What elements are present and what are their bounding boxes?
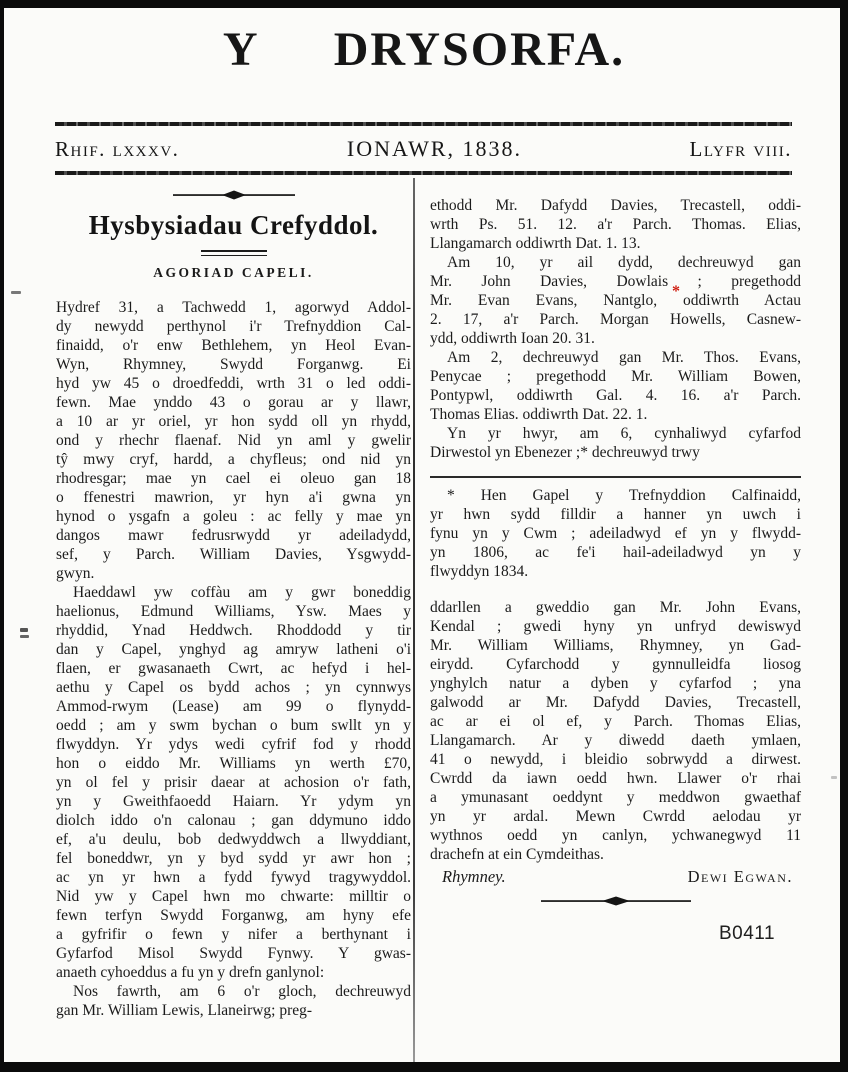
- issue-header-row: Rhif. lxxxv. IONAWR, 1838. Llyfr viii.: [55, 136, 792, 162]
- column-divider: [413, 178, 415, 1062]
- signature-row: Rhymney. Dewi Egwan.: [430, 867, 801, 887]
- header-rule-top: [55, 122, 792, 126]
- diamond-rule-ornament: [430, 896, 801, 906]
- issue-volume: Llyfr viii.: [690, 137, 793, 162]
- footnote-red-mark: *: [672, 284, 680, 300]
- body-paragraph: Am 10, yr ail dydd, dechreuwyd ganMr. Jo…: [430, 253, 801, 348]
- left-column: Hysbysiadau Crefyddol. AGORIAD CAPELI. H…: [56, 185, 411, 1020]
- scan-frame-bottom: [0, 1062, 848, 1072]
- issue-date: IONAWR, 1838.: [347, 136, 522, 162]
- scan-frame-top: [0, 0, 848, 8]
- subsection-heading: AGORIAD CAPELI.: [56, 265, 411, 281]
- body-paragraph: Yn yr hwyr, am 6, cynhaliwyd cyfarfodDir…: [430, 424, 801, 462]
- archive-stamp: B0411: [719, 923, 775, 945]
- footnote-separator: [430, 476, 801, 478]
- body-paragraph: Hydref 31, a Tachwedd 1, agorwyd Addol-d…: [56, 298, 411, 583]
- scan-speck: [20, 635, 29, 638]
- heading-underline: [201, 250, 267, 256]
- body-paragraph: ethodd Mr. Dafydd Davies, Trecastell, od…: [430, 196, 801, 253]
- issue-number: Rhif. lxxxv.: [55, 137, 179, 162]
- right-column: ethodd Mr. Dafydd Davies, Trecastell, od…: [430, 196, 801, 906]
- footnote: * Hen Gapel y Trefnyddion Calfinaidd,yr …: [430, 486, 801, 581]
- body-paragraph: Haeddawl yw coffàu am y gwr boneddighael…: [56, 583, 411, 982]
- header-rule-bottom: [55, 171, 792, 175]
- diamond-rule-ornament: [56, 190, 411, 200]
- scan-speck: [831, 776, 837, 779]
- body-paragraph: Nos fawrth, am 6 o'r gloch, dechreuwydga…: [56, 982, 411, 1020]
- scan-speck: [20, 628, 28, 632]
- scan-frame-right: [840, 0, 848, 1072]
- body-paragraph: ddarllen a gweddio gan Mr. John Evans,Ke…: [430, 598, 801, 864]
- masthead-title: Y DRYSORFA.: [0, 22, 848, 77]
- signature-name: Dewi Egwan.: [688, 867, 793, 887]
- scan-frame-left: [0, 0, 4, 1072]
- section-heading: Hysbysiadau Crefyddol.: [56, 210, 411, 241]
- signature-place: Rhymney.: [442, 867, 506, 887]
- scan-speck: [11, 291, 21, 294]
- body-paragraph: Am 2, dechreuwyd gan Mr. Thos. Evans,Pen…: [430, 348, 801, 424]
